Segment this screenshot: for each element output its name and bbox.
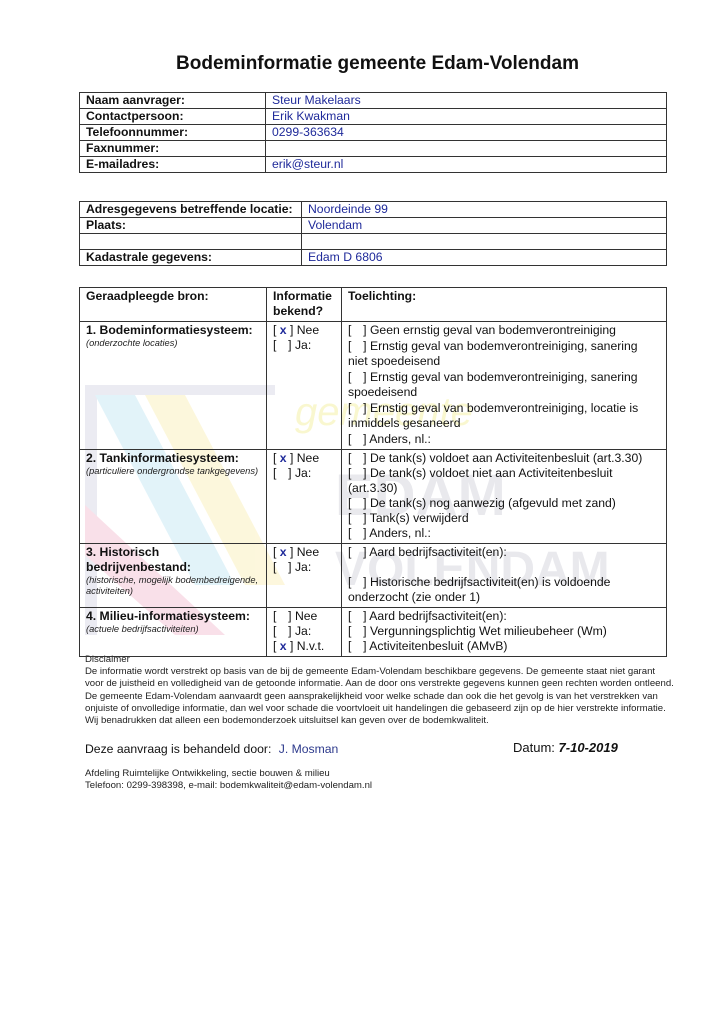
known-option: [ ] Nee [273, 609, 335, 624]
option-label: Aard bedrijfsactiviteit(en): [369, 545, 507, 559]
option-label: Ernstig geval van bodemverontreiniging, … [348, 339, 638, 369]
sources-table: Geraadpleegde bron: Informatie bekend? T… [79, 287, 667, 657]
known-cell: [ ] Nee[ ] Ja:[ x ] N.v.t. [267, 608, 342, 657]
location-label [80, 234, 302, 250]
note-option: [ ] Anders, nl.: [348, 432, 660, 448]
date-block: Datum: 7-10-2019 [513, 740, 618, 755]
option-label: Historische bedrijfsactiviteit(en) is vo… [348, 575, 610, 604]
applicant-row: Naam aanvrager:Steur Makelaars [80, 93, 667, 109]
applicant-value: erik@steur.nl [266, 157, 667, 173]
footer: Afdeling Ruimtelijke Ontwikkeling, secti… [85, 768, 372, 792]
location-label: Plaats: [80, 218, 302, 234]
location-label: Kadastrale gegevens: [80, 250, 302, 266]
note-option: [ ] Geen ernstig geval van bodemverontre… [348, 323, 660, 339]
applicant-value: 0299-363634 [266, 125, 667, 141]
location-row: Kadastrale gegevens:Edam D 6806 [80, 250, 667, 266]
known-option: [ x ] Nee [273, 323, 335, 338]
note-option: [ ] Anders, nl.: [348, 526, 660, 541]
note-option: [ ] Vergunningsplichtig Wet milieubeheer… [348, 624, 660, 639]
known-cell: [ x ] Nee[ ] Ja: [267, 322, 342, 450]
applicant-label: Telefoonnummer: [80, 125, 266, 141]
option-label: Nee [295, 609, 317, 623]
sources-header-row: Geraadpleegde bron: Informatie bekend? T… [80, 288, 667, 322]
option-label: Nee [297, 323, 319, 337]
date-label: Datum: [513, 740, 555, 755]
option-label: De tank(s) voldoet aan Activiteitenbeslu… [370, 451, 642, 465]
applicant-label: Contactpersoon: [80, 109, 266, 125]
notes-cell: [ ] Aard bedrijfsactiviteit(en):[ ] Verg… [342, 608, 667, 657]
note-option: [ ] De tank(s) nog aanwezig (afgevuld me… [348, 496, 660, 511]
applicant-row: Faxnummer: [80, 141, 667, 157]
applicant-table: Naam aanvrager:Steur MakelaarsContactper… [79, 92, 667, 173]
source-row: 4. Milieu-informatiesysteem:(actuele bed… [80, 608, 667, 657]
option-label: Activiteitenbesluit (AMvB) [369, 639, 507, 653]
option-label: De tank(s) voldoet niet aan Activiteiten… [348, 466, 612, 495]
known-option: [ x ] Nee [273, 451, 335, 466]
source-cell: 3. Historisch bedrijvenbestand:(historis… [80, 544, 267, 608]
note-option: [ ] Ernstig geval van bodemverontreinigi… [348, 370, 660, 401]
known-option: [ ] Ja: [273, 560, 335, 575]
document-title: Bodeminformatie gemeente Edam-Volendam [0, 53, 720, 75]
note-option: [ ] Ernstig geval van bodemverontreinigi… [348, 339, 660, 370]
option-label: Ja: [295, 624, 311, 638]
option-label: Ernstig geval van bodemverontreiniging, … [348, 401, 638, 431]
applicant-row: E-mailadres:erik@steur.nl [80, 157, 667, 173]
note-option: [ ] Aard bedrijfsactiviteit(en): [348, 609, 660, 624]
applicant-label: E-mailadres: [80, 157, 266, 173]
source-row: 3. Historisch bedrijvenbestand:(historis… [80, 544, 667, 608]
footer-department: Afdeling Ruimtelijke Ontwikkeling, secti… [85, 768, 372, 780]
location-value [302, 234, 667, 250]
option-label: Tank(s) verwijderd [370, 511, 469, 525]
option-label: N.v.t. [297, 639, 325, 653]
option-label: Ja: [295, 338, 311, 352]
source-row: 2. Tankinformatiesysteem:(particuliere o… [80, 450, 667, 544]
notes-cell: [ ] De tank(s) voldoet aan Activiteitenb… [342, 450, 667, 544]
source-row: 1. Bodeminformatiesysteem:(onderzochte l… [80, 322, 667, 450]
option-label: Nee [297, 451, 319, 465]
option-label: Vergunningsplichtig Wet milieubeheer (Wm… [370, 624, 607, 638]
footer-contact: Telefoon: 0299-398398, e-mail: bodemkwal… [85, 780, 372, 792]
applicant-label: Naam aanvrager: [80, 93, 266, 109]
handled-by-label: Deze aanvraag is behandeld door: [85, 742, 271, 756]
source-title: 3. Historisch bedrijvenbestand: [86, 545, 260, 575]
option-label: Aard bedrijfsactiviteit(en): [369, 609, 507, 623]
location-value: Noordeinde 99 [302, 202, 667, 218]
notes-cell: [ ] Geen ernstig geval van bodemverontre… [342, 322, 667, 450]
option-label: Anders, nl.: [369, 526, 431, 540]
source-title: 1. Bodeminformatiesysteem: [86, 323, 260, 338]
option-label: Ja: [295, 560, 311, 574]
header-notes: Toelichting: [342, 288, 667, 322]
known-cell: [ x ] Nee[ ] Ja: [267, 450, 342, 544]
known-option: [ x ] N.v.t. [273, 639, 335, 654]
checkbox-mark: x [280, 323, 287, 338]
known-option: [ ] Ja: [273, 338, 335, 353]
applicant-value: Steur Makelaars [266, 93, 667, 109]
handled-by: Deze aanvraag is behandeld door: J. Mosm… [85, 742, 338, 756]
disclaimer: Disclaimer De informatie wordt verstrekt… [85, 654, 675, 727]
known-option: [ ] Ja: [273, 466, 335, 481]
source-cell: 2. Tankinformatiesysteem:(particuliere o… [80, 450, 267, 544]
source-subtitle: (onderzochte locaties) [86, 338, 260, 349]
location-label: Adresgegevens betreffende locatie: [80, 202, 302, 218]
source-cell: 4. Milieu-informatiesysteem:(actuele bed… [80, 608, 267, 657]
location-row: Adresgegevens betreffende locatie:Noorde… [80, 202, 667, 218]
source-subtitle: (historische, mogelijk bodembedreigende,… [86, 575, 260, 597]
checkbox-mark: x [280, 451, 287, 466]
applicant-row: Contactpersoon:Erik Kwakman [80, 109, 667, 125]
notes-cell: [ ] Aard bedrijfsactiviteit(en):[ ] Hist… [342, 544, 667, 608]
option-label: Nee [297, 545, 319, 559]
note-option: [ ] Tank(s) verwijderd [348, 511, 660, 526]
location-value: Edam D 6806 [302, 250, 667, 266]
known-option: [ ] Ja: [273, 624, 335, 639]
location-value: Volendam [302, 218, 667, 234]
note-option: [ ] Ernstig geval van bodemverontreinigi… [348, 401, 660, 432]
known-cell: [ x ] Nee[ ] Ja: [267, 544, 342, 608]
disclaimer-text: De informatie wordt verstrekt op basis v… [85, 666, 675, 727]
note-option: [ ] De tank(s) voldoet niet aan Activite… [348, 466, 660, 496]
known-option: [ x ] Nee [273, 545, 335, 560]
checkbox-mark: x [280, 545, 287, 560]
option-label: Anders, nl.: [369, 432, 431, 446]
source-title: 4. Milieu-informatiesysteem: [86, 609, 260, 624]
option-label: Geen ernstig geval van bodemverontreinig… [370, 323, 616, 337]
note-option: [ ] Aard bedrijfsactiviteit(en): [348, 545, 660, 560]
source-subtitle: (particuliere ondergrondse tankgegevens) [86, 466, 260, 477]
applicant-row: Telefoonnummer:0299-363634 [80, 125, 667, 141]
handler-name: J. Mosman [279, 742, 339, 756]
date-value: 7-10-2019 [559, 740, 618, 755]
note-option: [ ] De tank(s) voldoet aan Activiteitenb… [348, 451, 660, 466]
source-cell: 1. Bodeminformatiesysteem:(onderzochte l… [80, 322, 267, 450]
header-known: Informatie bekend? [267, 288, 342, 322]
option-label: Ja: [295, 466, 311, 480]
location-row: Plaats:Volendam [80, 218, 667, 234]
header-source: Geraadpleegde bron: [80, 288, 267, 322]
note-option: [ ] Historische bedrijfsactiviteit(en) i… [348, 575, 660, 605]
applicant-value [266, 141, 667, 157]
option-label: Ernstig geval van bodemverontreiniging, … [348, 370, 638, 400]
location-row [80, 234, 667, 250]
option-label: De tank(s) nog aanwezig (afgevuld met za… [370, 496, 616, 510]
note-option: [ ] Activiteitenbesluit (AMvB) [348, 639, 660, 654]
applicant-value: Erik Kwakman [266, 109, 667, 125]
source-subtitle: (actuele bedrijfsactiviteiten) [86, 624, 260, 635]
applicant-label: Faxnummer: [80, 141, 266, 157]
source-title: 2. Tankinformatiesysteem: [86, 451, 260, 466]
location-table: Adresgegevens betreffende locatie:Noorde… [79, 201, 667, 266]
checkbox-mark: x [280, 639, 287, 654]
